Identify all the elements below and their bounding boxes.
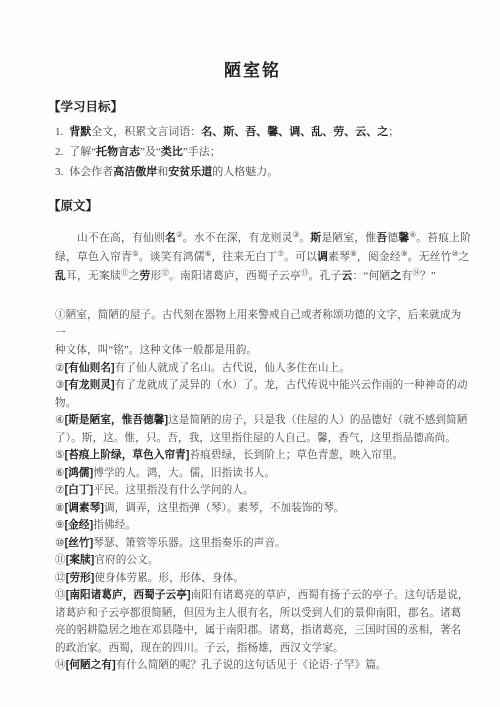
annotation-13-line: 的政治家。西蜀，现在的四川。子云，指杨雄，西汉文学家。: [55, 640, 450, 658]
objectives-list: 1.背默全文，积累文言词语：名、斯、吾、馨、调、乱、劳、云、之； 2.了解“托物…: [55, 122, 450, 182]
annotation-4-line: ④[斯是陋室，惟吾德馨]这是简陋的房子，只是我（住屋的人）的品德好（就不感到简陋: [55, 412, 450, 430]
original-text-line: 绿，草色入帘青⑤。谈笑有鸿儒⑥，往来无白丁⑦。可以调素琴⑧，阅金经⑨。无丝竹⑩之: [55, 248, 450, 267]
annotation-12-line: ⑫[劳形]使身体劳累。形，形体、身体。: [55, 570, 450, 588]
annotations-list: ①陋室，简陋的屋子。古代刻在器物上用来警戒自己或者称颂功德的文字，后来就成为 一…: [55, 307, 450, 675]
annotation-2-line: ②[有仙则名]有了仙人就成了名山。古代说，仙人多住在山上。: [55, 360, 450, 378]
objective-item-2: 2.了解“托物言志”及“类比”手法；: [55, 142, 450, 162]
annotation-4-line: 了）。斯，这。惟，只。吾，我，这里指住屋的人自己。馨，香气，这里指品德高尚。: [55, 430, 450, 448]
annotation-5-line: ⑤[苔痕上阶绿，草色入帘青]苔痕碧绿，长到阶上；草色青葱，映入帘里。: [55, 447, 450, 465]
annotation-3-line: ③[有龙则灵]有了龙就成了灵异的（水）了。龙，古代传说中能兴云作雨的一种神奇的动: [55, 377, 450, 395]
annotation-13-line: ⑬[南阳诸葛庐，西蜀子云亭]南阳有诸葛亮的草庐，西蜀有扬子云的亭子。这句话是说，: [55, 587, 450, 605]
objective-number: 1.: [55, 126, 63, 138]
annotation-1-line: 一: [55, 325, 450, 343]
objective-text: 了解“托物言志”及“类比”手法；: [69, 146, 221, 158]
objective-text: 背默全文，积累文言词语：名、斯、吾、馨、调、乱、劳、云、之；: [69, 126, 399, 138]
annotation-7-line: ⑦[白丁]平民。这里指没有什么学问的人。: [55, 482, 450, 500]
annotation-1-line: 种文体，叫“铭”。这种文体一般都是用韵。: [55, 342, 450, 360]
original-text-header: 【原文】: [48, 198, 450, 214]
objective-item-1: 1.背默全文，积累文言词语：名、斯、吾、馨、调、乱、劳、云、之；: [55, 122, 450, 142]
objective-number: 2.: [55, 146, 63, 158]
original-text: 山不在高，有仙则名②。水不在深，有龙则灵③。斯是陋室，惟吾德馨④。苔痕上阶 绿，…: [55, 229, 450, 286]
annotation-6-line: ⑥[鸿儒]博学的人。鸿，大。儒，旧指读书人。: [55, 465, 450, 483]
annotation-11-line: ⑪[案牍]官府的公文。: [55, 552, 450, 570]
annotation-8-line: ⑧[调素琴]调，调弄，这里指弹（琴）。素琴，不加装饰的琴。: [55, 500, 450, 518]
annotation-14-line: ⑭[何陋之有]有什么简陋的呢？孔子说的这句话见于《论语·子罕》篇。: [55, 657, 450, 675]
document-title: 陋室铭: [55, 56, 450, 81]
annotation-13-line: 诸葛庐和子云亭都很简陋，但因为主人很有名，所以受到人们的景仰南阳，郡名。诸葛: [55, 605, 450, 623]
objective-number: 3.: [55, 166, 63, 178]
original-text-line: 乱耳，无案牍⑪之劳形⑫。南阳诸葛庐，西蜀子云亭⑬。孔子云：“何陋之有⑭？”: [55, 267, 450, 286]
annotation-10-line: ⑩[丝竹]琴瑟、箫管等乐器。这里指奏乐的声音。: [55, 535, 450, 553]
annotation-3-line: 物。: [55, 395, 450, 413]
annotation-9-line: ⑨[金经]指佛经。: [55, 517, 450, 535]
objectives-header: 【学习目标】: [48, 99, 450, 115]
annotation-1-line: ①陋室，简陋的屋子。古代刻在器物上用来警戒自己或者称颂功德的文字，后来就成为: [55, 307, 450, 325]
objective-item-3: 3.体会作者高洁傲岸和安贫乐道的人格魅力。: [55, 162, 450, 182]
original-text-line: 山不在高，有仙则名②。水不在深，有龙则灵③。斯是陋室，惟吾德馨④。苔痕上阶: [55, 229, 450, 248]
document-page: 陋室铭 【学习目标】 1.背默全文，积累文言词语：名、斯、吾、馨、调、乱、劳、云…: [0, 0, 500, 707]
annotation-13-line: 亮的躬耕隐居之地在邓县隆中，属于南阳郡。诸葛，指诸葛亮，三国时国的丞相，著名: [55, 622, 450, 640]
objective-text: 体会作者高洁傲岸和安贫乐道的人格魅力。: [69, 166, 278, 178]
